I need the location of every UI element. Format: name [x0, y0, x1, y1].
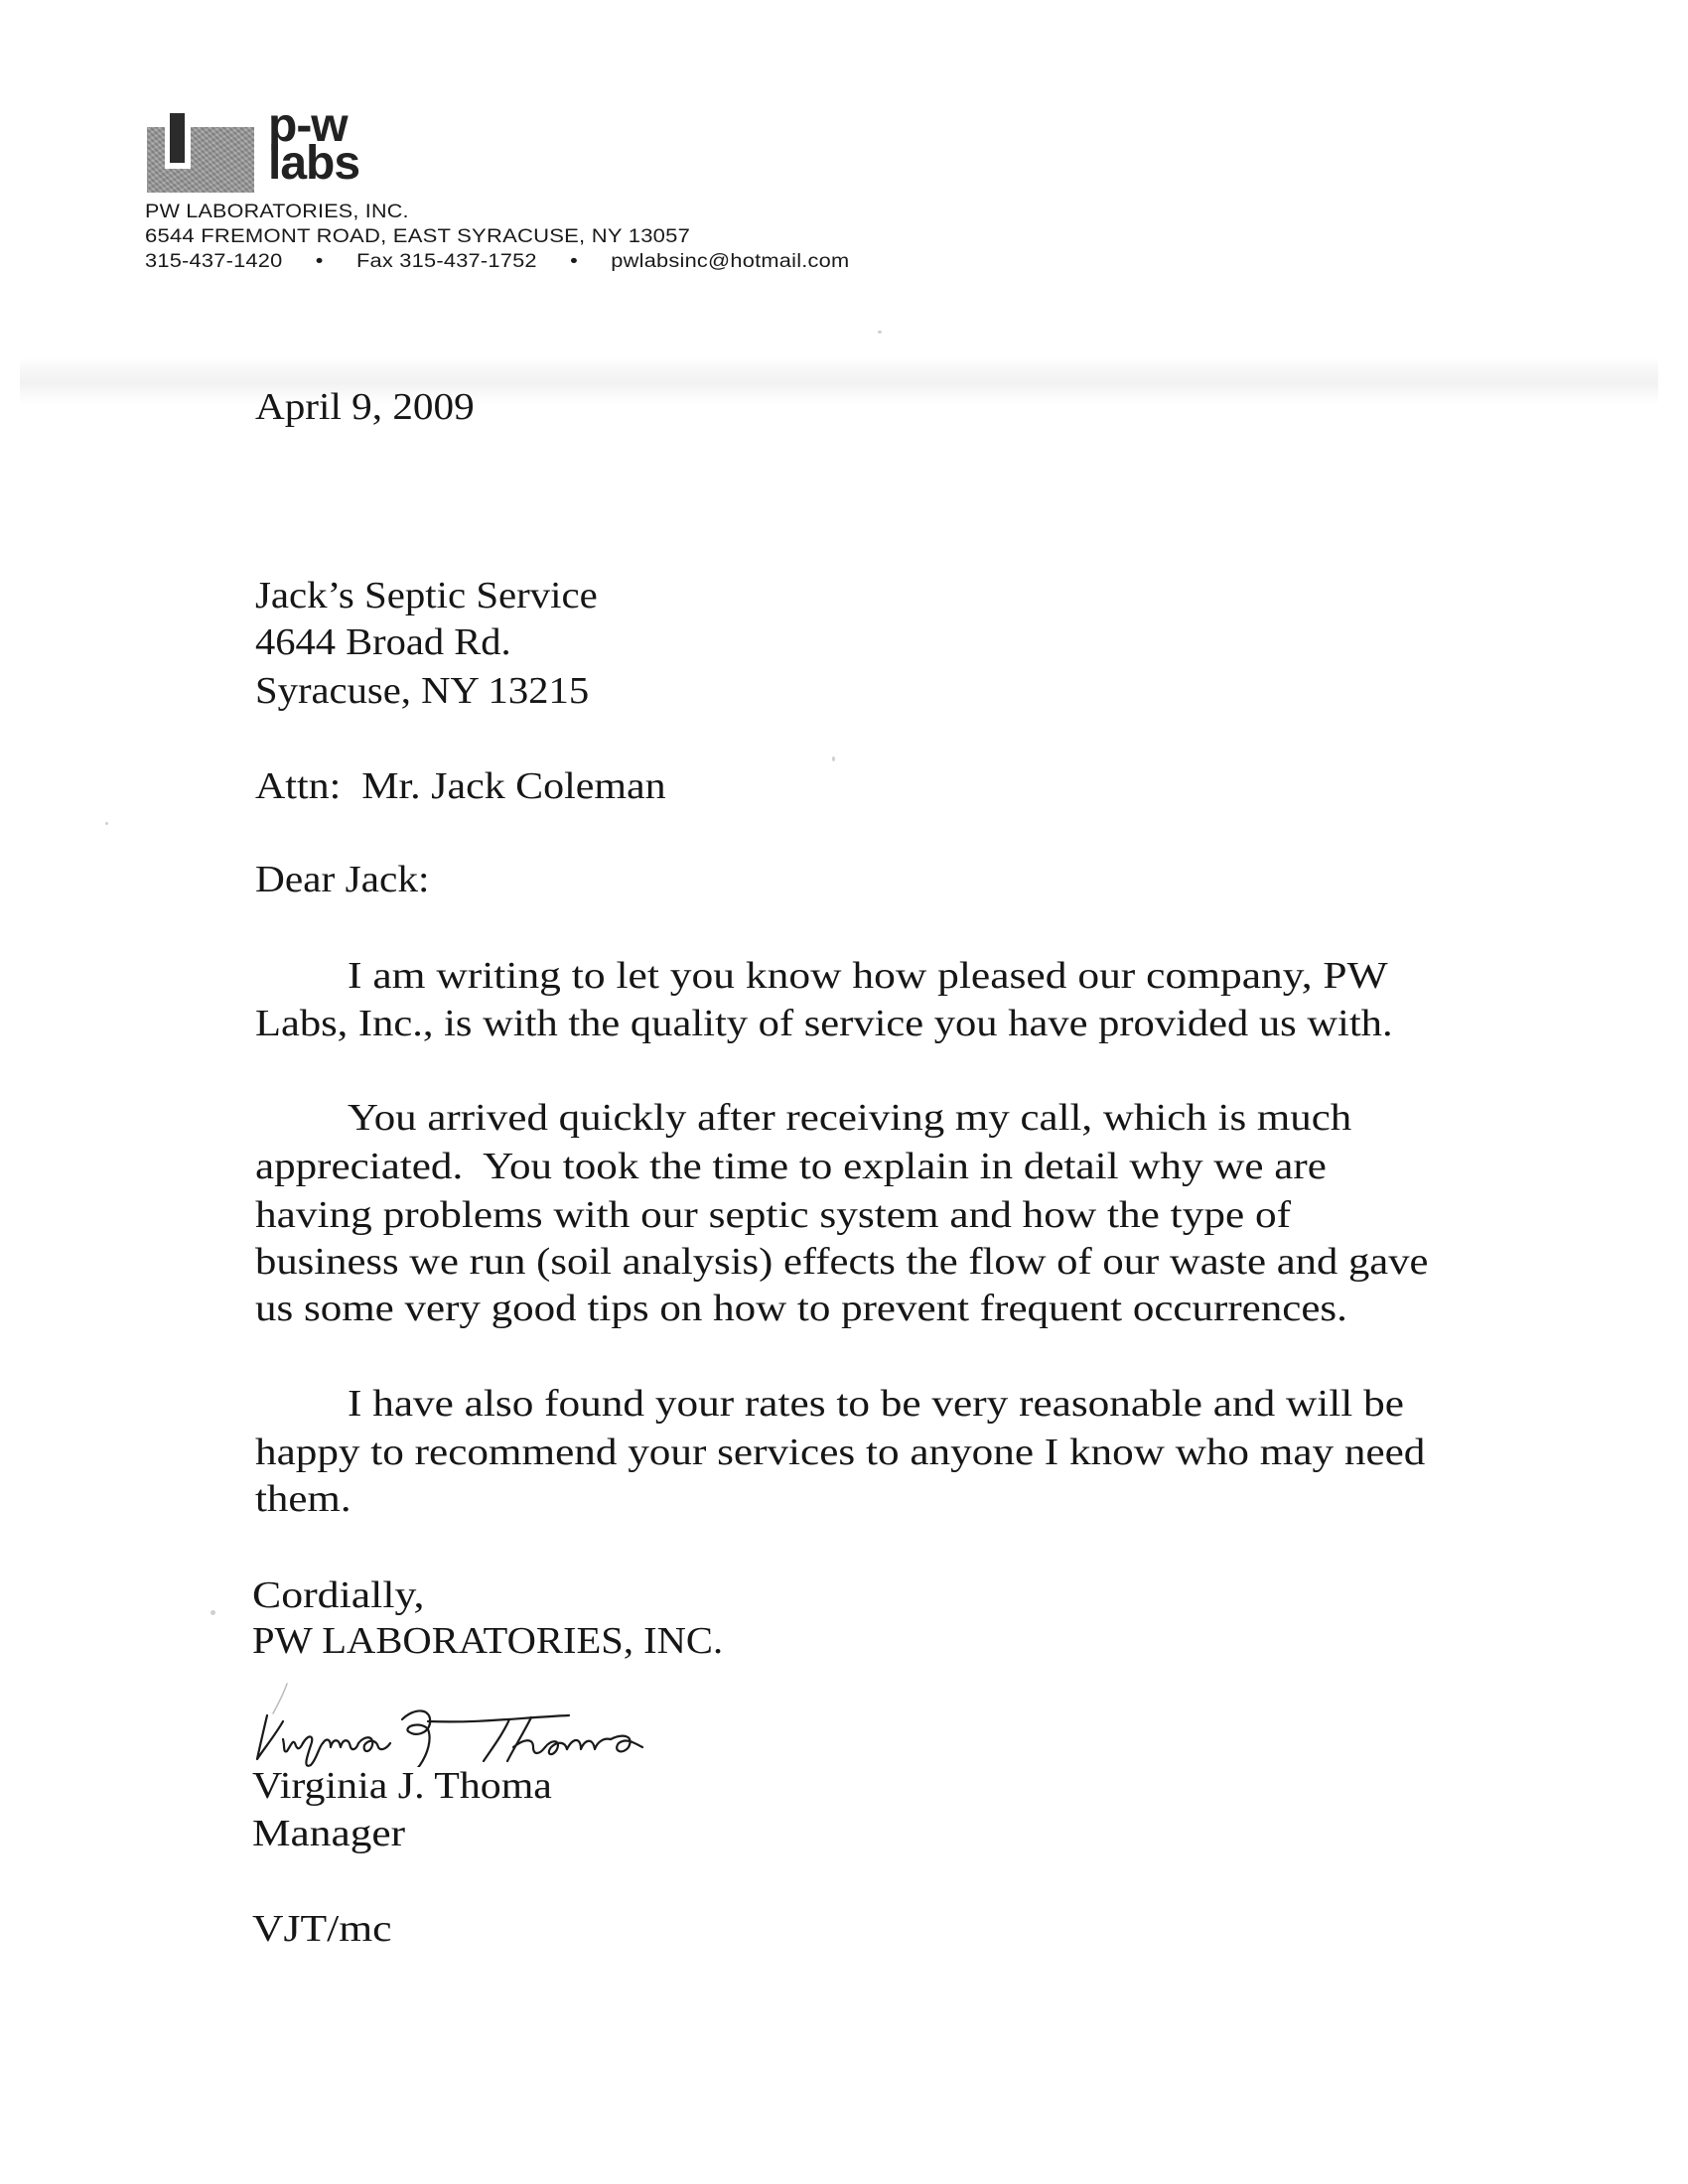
logo-wordmark: p-w labs — [268, 107, 359, 183]
salutation: Dear Jack: — [255, 856, 429, 903]
signer-title: Manager — [252, 1810, 405, 1857]
paragraph-line: I am writing to let you know how pleased… — [348, 952, 1388, 1000]
logo-bar-icon — [170, 113, 185, 163]
attention-line: Attn: Mr. Jack Coleman — [255, 762, 666, 810]
company-address: 6544 FREMONT ROAD, EAST SYRACUSE, NY 130… — [145, 225, 690, 249]
bullet-separator: • — [305, 250, 335, 274]
bullet-separator: • — [559, 250, 589, 274]
scan-speck — [211, 1610, 215, 1615]
paragraph-line: us some very good tips on how to prevent… — [255, 1285, 1347, 1332]
letter-page: p-w labs PW LABORATORIES, INC. 6544 FREM… — [0, 0, 1688, 2184]
paragraph-line: appreciated. You took the time to explai… — [255, 1143, 1327, 1190]
paragraph-line: having problems with our septic system a… — [255, 1191, 1291, 1239]
contact-line: 315-437-1420 • Fax 315-437-1752 • pwlabs… — [145, 250, 849, 274]
paragraph-line: You arrived quickly after receiving my c… — [348, 1094, 1351, 1142]
paragraph-line: I have also found your rates to be very … — [348, 1380, 1404, 1428]
paragraph-line: them. — [255, 1475, 352, 1523]
fax-number: Fax 315-437-1752 — [356, 251, 537, 272]
paragraph-line: Labs, Inc., is with the quality of servi… — [255, 1000, 1393, 1047]
logo-line-2: labs — [268, 145, 359, 183]
company-name: PW LABORATORIES, INC. — [145, 201, 409, 224]
recipient-city: Syracuse, NY 13215 — [255, 667, 589, 715]
scan-speck — [878, 331, 882, 334]
scan-speck — [105, 822, 108, 825]
paragraph-line: happy to recommend your services to anyo… — [255, 1429, 1425, 1476]
phone-number: 315-437-1420 — [145, 251, 282, 272]
scan-speck — [832, 756, 835, 761]
recipient-street: 4644 Broad Rd. — [255, 618, 511, 666]
email-address: pwlabsinc@hotmail.com — [611, 251, 849, 272]
reference-initials: VJT/mc — [252, 1905, 391, 1953]
closing: Cordially, — [252, 1571, 425, 1619]
recipient-name: Jack’s Septic Service — [255, 572, 598, 619]
closing-company: PW LABORATORIES, INC. — [252, 1617, 723, 1665]
handwritten-signature-icon — [253, 1678, 690, 1767]
signer-name: Virginia J. Thoma — [252, 1762, 552, 1810]
paragraph-line: business we run (soil analysis) effects … — [255, 1238, 1429, 1286]
logo-texture-icon — [147, 127, 254, 193]
letter-date: April 9, 2009 — [255, 383, 475, 431]
